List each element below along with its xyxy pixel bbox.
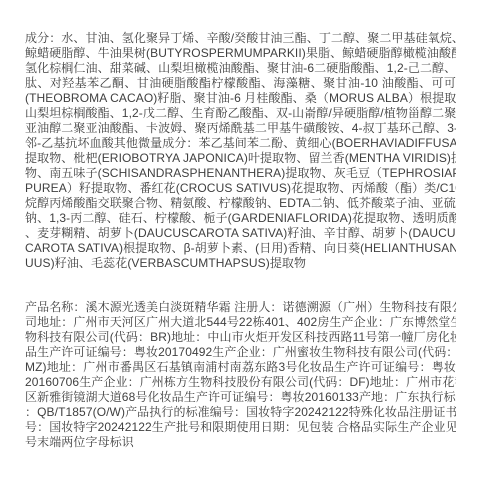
product-info-line: 号：国妆特字20242122生产批号和限期使用日期：见包装 合格品实际生产企业见… <box>25 420 456 435</box>
ingredients-line: 邻-乙基抗坏血酸其他微量成分：苯乙基间苯二酚、黄细心(BOERHAVIADIFF… <box>25 136 456 151</box>
product-info-line: 物科技有限公司(代码：BR)地址：中山市火炬开发区科技西路11号第一幢厂房化妆 <box>25 330 456 345</box>
ingredients-line: UUS)籽油、毛蕊花(VERBASCUMTHAPSUS)提取物 <box>25 256 456 271</box>
ingredients-line: 亚油醇二聚亚油酸酯、卡波姆、聚丙烯酰基二甲基牛磺酸铵、4-叔丁基环己醇、3- <box>25 121 456 136</box>
ingredients-line: 钠、1,3-丙二醇、硅石、柠檬酸、栀子(GARDENIAFLORIDA)花提取物… <box>25 211 456 226</box>
product-info-line: 20160706生产企业：广州栋方生物科技股份有限公司(代码：DF)地址：广州市… <box>25 375 456 390</box>
ingredients-line: 鲸蜡硬脂醇、牛油果树(BUTYROSPERMUMPARKII)果脂、鲸蜡硬脂醇橄… <box>25 46 456 61</box>
ingredients-line: 肽、对羟基苯乙酮、甘油硬脂酸酯柠檬酸酯、海藻糖、聚甘油-10 油酸酯、可可 <box>25 76 456 91</box>
product-label-page: 成分：水、甘油、氢化聚异丁烯、辛酸/癸酸甘油三酯、丁二醇、聚二甲基硅氧烷、 鲸蜡… <box>0 0 480 480</box>
ingredients-section: 成分：水、甘油、氢化聚异丁烯、辛酸/癸酸甘油三酯、丁二醇、聚二甲基硅氧烷、 鲸蜡… <box>25 31 456 271</box>
ingredients-line: PUREA）籽提取物、番红花(CROCUS SATIVUS)花提取物、丙烯酸（酯… <box>25 181 456 196</box>
product-info-line: 产品名称：溪木源光透美白淡斑精华霜 注册人：诺德溯源（广州）生物科技有限公 <box>25 300 456 315</box>
product-info-line: MZ)地址：广州市番禺区石基镇南浦村南荔东路3号化妆品生产许可证编号：粤妆 <box>25 360 456 375</box>
ingredients-line: 物、南五味子(SCHISANDRASPHENANTHERA)提取物、灰毛豆（TE… <box>25 166 456 181</box>
product-info-line: 号末端两位字母标识 <box>25 435 456 450</box>
product-info-line: 区新雅街镜湖大道68号化妆品生产许可证编号：粤妆20160133产地：广东执行标… <box>25 390 456 405</box>
product-info-section: 产品名称：溪木源光透美白淡斑精华霜 注册人：诺德溯源（广州）生物科技有限公 司地… <box>25 300 456 450</box>
ingredients-line: CAROTA SATIVA)根提取物、β-胡萝卜素、(日用)香精、向日葵(HEL… <box>25 241 456 256</box>
ingredients-line: 成分：水、甘油、氢化聚异丁烯、辛酸/癸酸甘油三酯、丁二醇、聚二甲基硅氧烷、 <box>25 31 456 46</box>
ingredients-line: 提取物、枇杷(ERIOBOTRYA JAPONICA)叶提取物、留兰香(MENT… <box>25 151 456 166</box>
ingredients-line: 烷醇丙烯酸酯交联聚合物、精氨酸、柠檬酸钠、EDTA二钠、低芥酸菜子油、亚硫酸 <box>25 196 456 211</box>
product-info-line: 司地址：广州市天河区广州大道北544号22栋401、402房生产企业：广东博然堂… <box>25 315 456 330</box>
ingredients-line: 氢化棕榈仁油、甜菜碱、山梨坦橄榄油酸酯、聚甘油-6二硬脂酸酯、1,2-己二醇、肌 <box>25 61 456 76</box>
product-info-line: 品生产许可证编号：粤妆20170492生产企业：广州蜜妆生物科技有限公司(代码： <box>25 345 456 360</box>
ingredients-line: 山梨坦棕榈酸酯、1,2-戊二醇、生育酚乙酸酯、双-山嵛醇/异硬脂醇/植物甾醇二聚 <box>25 106 456 121</box>
product-info-line: ：QB/T1857(O/W)产品执行的标准编号：国妆特字20242122特殊化妆… <box>25 405 456 420</box>
ingredients-line: 、麦芽糊精、胡萝卜(DAUCUSCAROTA SATIVA)籽油、辛甘醇、胡萝卜… <box>25 226 456 241</box>
ingredients-line: (THEOBROMA CACAO)籽脂、聚甘油-6 月桂酸酯、桑（MORUS A… <box>25 91 456 106</box>
